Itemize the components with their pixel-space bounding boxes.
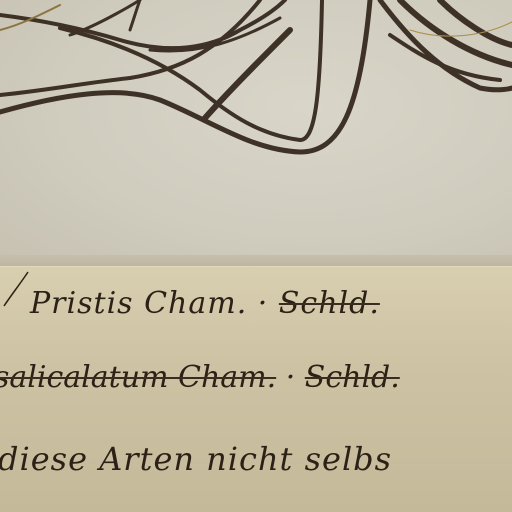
label-line-1: Pristis Cham. · Schld.	[30, 286, 380, 321]
label-line-3-text: diese Arten nicht selbs	[0, 440, 392, 478]
label-line-2-struck: Schld.	[305, 360, 400, 395]
label-line-2: salicalatum Cham. · Schld.	[0, 360, 400, 395]
label-line-2-text: salicalatum Cham.	[0, 360, 276, 395]
dried-roots-specimen	[0, 0, 512, 170]
label-line-3: diese Arten nicht selbs	[0, 440, 392, 478]
label-line-1-text: Pristis Cham.	[30, 286, 247, 321]
label-line-1-struck: Schld.	[279, 286, 380, 321]
ink-mark	[2, 270, 30, 310]
